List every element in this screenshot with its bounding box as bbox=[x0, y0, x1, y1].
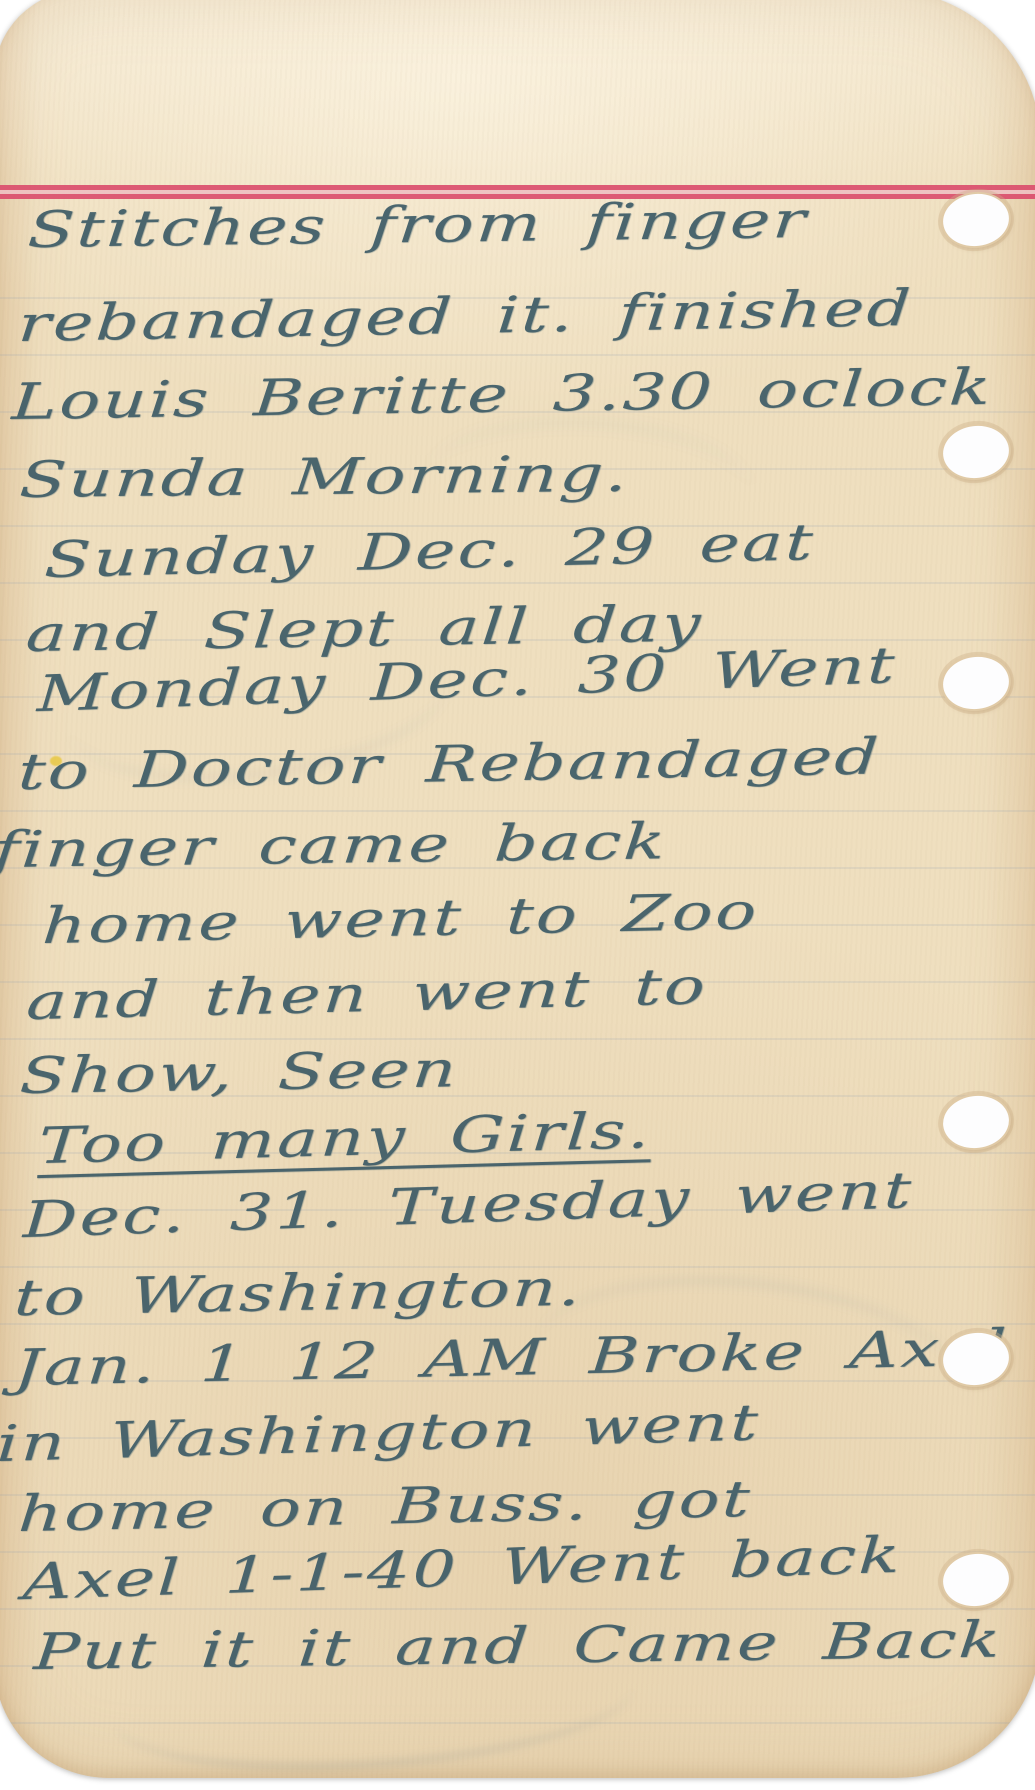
handwriting-line: to Washington. bbox=[13, 1260, 585, 1326]
handwriting-line: Louis Beritte 3.30 oclock bbox=[10, 359, 994, 430]
handwriting-line: and then went to bbox=[25, 958, 709, 1030]
notebook-page: Stitches from finger rebandaged it. fini… bbox=[0, 0, 1035, 1778]
punch-hole bbox=[940, 653, 1012, 713]
handwriting-line: finger came back bbox=[0, 813, 669, 878]
punch-hole bbox=[940, 1550, 1012, 1610]
handwriting-line: home went to Zoo bbox=[41, 883, 760, 954]
handwriting-line: to Doctor Rebandaged bbox=[17, 728, 883, 800]
handwriting-line: home on Buss. got bbox=[17, 1471, 754, 1542]
handwriting-line: in Washington went bbox=[0, 1394, 762, 1472]
handwriting-line: rebandaged it. finished bbox=[17, 280, 915, 352]
scanned-page-background: Stitches from finger rebandaged it. fini… bbox=[0, 0, 1035, 1790]
handwriting-line: Dec. 31. Tuesday went bbox=[22, 1162, 914, 1248]
handwriting-line: Sunda Morning. bbox=[18, 446, 632, 508]
punch-hole bbox=[940, 422, 1012, 482]
handwriting-line: Put it it and Came Back bbox=[32, 1611, 1004, 1680]
handwriting-line: Jan. 1 12 AM Broke Axel bbox=[13, 1319, 1010, 1396]
punch-hole bbox=[940, 1092, 1012, 1152]
handwriting-line-underlined: Too many Girls. bbox=[37, 1102, 653, 1174]
handwriting-line: Stitches from finger bbox=[26, 192, 810, 258]
handwriting-line: Sunday Dec. 29 eat bbox=[43, 514, 817, 588]
handwriting-line: Show, Seen bbox=[18, 1041, 460, 1104]
